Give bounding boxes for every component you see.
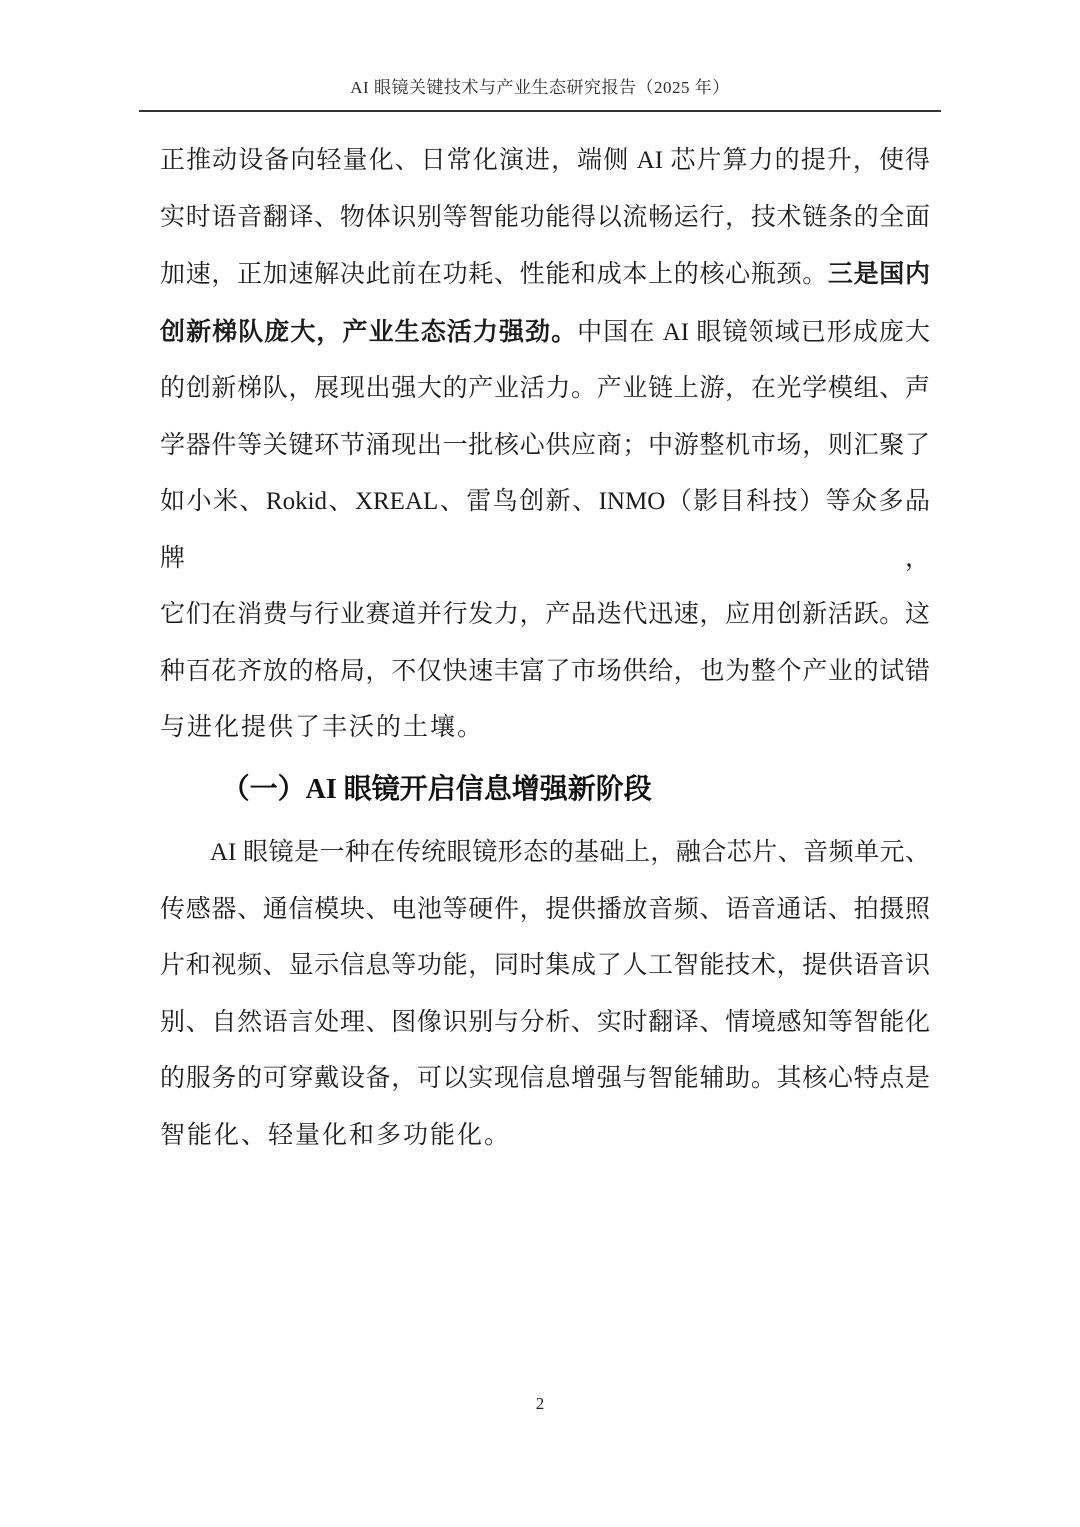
text-line: 智能化、轻量化和多功能化。 <box>160 1108 930 1165</box>
text-line: 实时语音翻译、物体识别等智能功能得以流畅运行，技术链条的全面 <box>160 190 930 247</box>
text-segment: 片和视频、显示信息等功能，同时集成了人工智能技术，提供语音识 <box>160 952 930 979</box>
page-header: AI 眼镜关键技术与产业生态研究报告（2025 年） <box>0 0 1080 112</box>
text-line: AI 眼镜是一种在传统眼镜形态的基础上，融合芯片、音频单元、 <box>160 825 930 882</box>
document-page: AI 眼镜关键技术与产业生态研究报告（2025 年） 正推动设备向轻量化、日常化… <box>0 0 1080 1527</box>
text-segment: 正推动设备向轻量化、日常化演进，端侧 AI 芯片算力的提升，使得 <box>160 147 930 174</box>
text-segment: 传感器、通信模块、电池等硬件，提供播放音频、语音通话、拍摄照 <box>160 896 930 923</box>
text-segment: 如小米、Rokid、XREAL、雷鸟创新、INMO（影目科技）等众多品牌， <box>160 488 930 572</box>
text-segment: 学器件等关键环节涌现出一批核心供应商；中游整机市场，则汇聚了 <box>160 432 930 459</box>
text-line: 种百花齐放的格局，不仅快速丰富了市场供给，也为整个产业的试错 <box>160 644 930 701</box>
text-line: 它们在消费与行业赛道并行发力，产品迭代迅速，应用创新活跃。这 <box>160 587 930 644</box>
text-segment: 智能化、轻量化和多功能化。 <box>160 1122 511 1149</box>
emphasis-segment: 创新梯队庞大，产业生态活力强劲。 <box>160 318 577 346</box>
text-segment: 中国在 AI 眼镜领域已形成庞大 <box>577 319 930 346</box>
text-line: 的创新梯队，展现出强大的产业活力。产业链上游，在光学模组、声 <box>160 361 930 418</box>
text-line: 传感器、通信模块、电池等硬件，提供播放音频、语音通话、拍摄照 <box>160 882 930 939</box>
emphasis-segment: 三是国内 <box>828 260 930 288</box>
text-line: 正推动设备向轻量化、日常化演进，端侧 AI 芯片算力的提升，使得 <box>160 133 930 190</box>
text-line: 创新梯队庞大，产业生态活力强劲。中国在 AI 眼镜领域已形成庞大 <box>160 304 930 362</box>
text-line: 与进化提供了丰沃的土壤。 <box>160 700 930 757</box>
text-segment: 与进化提供了丰沃的土壤。 <box>160 714 484 741</box>
text-segment: 别、自然语言处理、图像识别与分析、实时翻译、情境感知等智能化 <box>160 1009 930 1036</box>
page-footer: 2 <box>0 1394 1080 1414</box>
text-line: 片和视频、显示信息等功能，同时集成了人工智能技术，提供语音识 <box>160 938 930 995</box>
text-line: 别、自然语言处理、图像识别与分析、实时翻译、情境感知等智能化 <box>160 995 930 1052</box>
text-segment: 实时语音翻译、物体识别等智能功能得以流畅运行，技术链条的全面 <box>160 204 930 231</box>
text-segment: AI 眼镜是一种在传统眼镜形态的基础上，融合芯片、音频单元、 <box>210 839 930 866</box>
page-number: 2 <box>536 1394 545 1413</box>
paragraph-1: 正推动设备向轻量化、日常化演进，端侧 AI 芯片算力的提升，使得 实时语音翻译、… <box>160 133 930 757</box>
text-line: 如小米、Rokid、XREAL、雷鸟创新、INMO（影目科技）等众多品牌， <box>160 474 930 587</box>
text-line: 学器件等关键环节涌现出一批核心供应商；中游整机市场，则汇聚了 <box>160 418 930 475</box>
text-segment: 它们在消费与行业赛道并行发力，产品迭代迅速，应用创新活跃。这 <box>160 601 930 628</box>
page-body: 正推动设备向轻量化、日常化演进，端侧 AI 芯片算力的提升，使得 实时语音翻译、… <box>0 112 1080 1164</box>
text-segment: 加速，正加速解决此前在功耗、性能和成本上的核心瓶颈。 <box>160 261 828 288</box>
section-heading: （一）AI 眼镜开启信息增强新阶段 <box>160 762 930 819</box>
text-line: 加速，正加速解决此前在功耗、性能和成本上的核心瓶颈。三是国内 <box>160 246 930 304</box>
paragraph-2: AI 眼镜是一种在传统眼镜形态的基础上，融合芯片、音频单元、 传感器、通信模块、… <box>160 825 930 1164</box>
text-segment: 的创新梯队，展现出强大的产业活力。产业链上游，在光学模组、声 <box>160 375 930 402</box>
text-segment: 种百花齐放的格局，不仅快速丰富了市场供给，也为整个产业的试错 <box>160 658 930 685</box>
text-segment: 的服务的可穿戴设备，可以实现信息增强与智能辅助。其核心特点是 <box>160 1065 930 1092</box>
text-line: 的服务的可穿戴设备，可以实现信息增强与智能辅助。其核心特点是 <box>160 1051 930 1108</box>
running-header-title: AI 眼镜关键技术与产业生态研究报告（2025 年） <box>139 77 941 98</box>
